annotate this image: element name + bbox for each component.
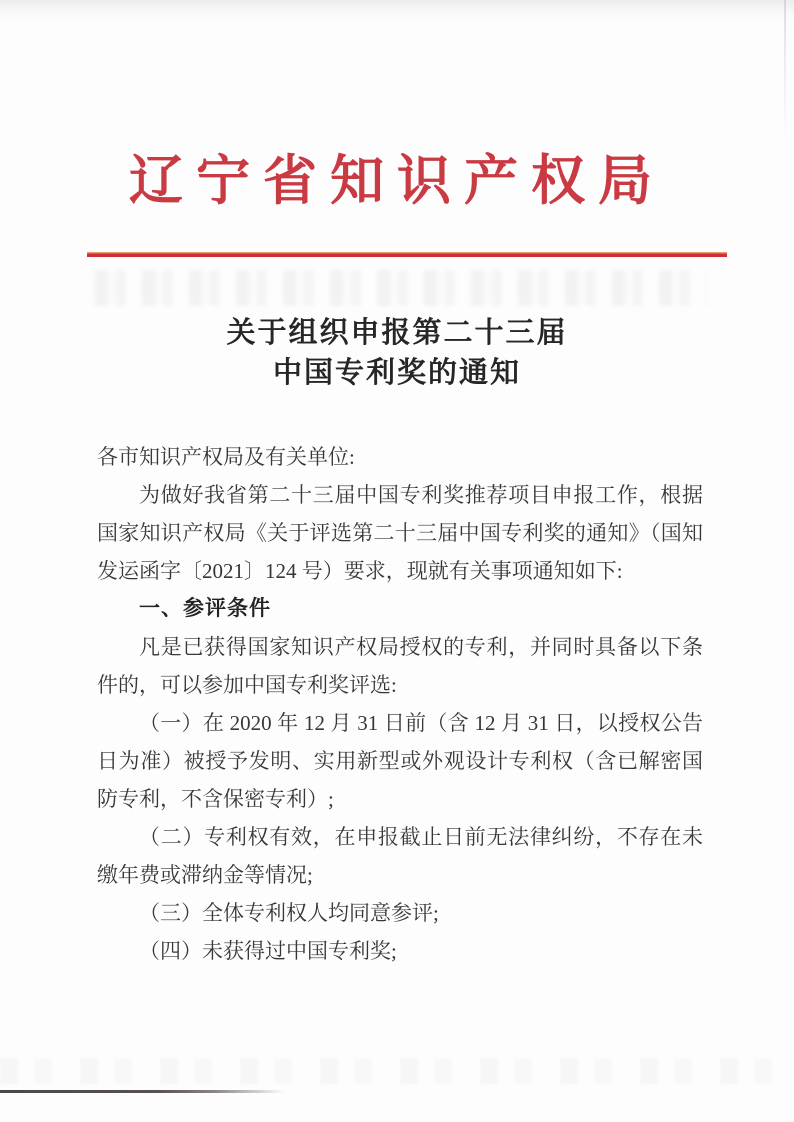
condition-item-4: （四）未获得过中国专利奖; [97,932,703,970]
section-intro-paragraph: 凡是已获得国家知识产权局授权的专利，并同时具备以下条件的，可以参加中国专利奖评选… [97,628,703,704]
intro-paragraph: 为做好我省第二十三届中国专利奖推荐项目申报工作，根据国家知识产权局《关于评选第二… [97,476,703,590]
scan-edge-right [784,0,786,140]
masthead-rule [87,252,727,257]
document-title: 关于组织申报第二十三届 中国专利奖的通知 [0,313,794,393]
scan-edge-bottom-left [0,1090,285,1093]
document-title-line2: 中国专利奖的通知 [0,353,794,393]
scan-noise-bottom [0,1058,794,1084]
section-heading: 一、参评条件 [97,590,703,628]
scan-noise-top [0,0,794,22]
document-title-line1: 关于组织申报第二十三届 [0,313,794,353]
document-body: 各市知识产权局及有关单位: 为做好我省第二十三届中国专利奖推荐项目申报工作，根据… [97,438,703,970]
salutation: 各市知识产权局及有关单位: [97,438,703,476]
bleedthrough-ghost-band [95,270,707,306]
agency-masthead: 辽宁省知识产权局 [0,146,794,216]
condition-item-2: （二）专利权有效，在申报截止日前无法律纠纷，不存在未缴年费或滞纳金等情况; [97,818,703,894]
scanned-page: 辽宁省知识产权局 关于组织申报第二十三届 中国专利奖的通知 各市知识产权局及有关… [0,0,794,1122]
condition-item-1: （一）在 2020 年 12 月 31 日前（含 12 月 31 日，以授权公告… [97,704,703,818]
condition-item-3: （三）全体专利权人均同意参评; [97,894,703,932]
